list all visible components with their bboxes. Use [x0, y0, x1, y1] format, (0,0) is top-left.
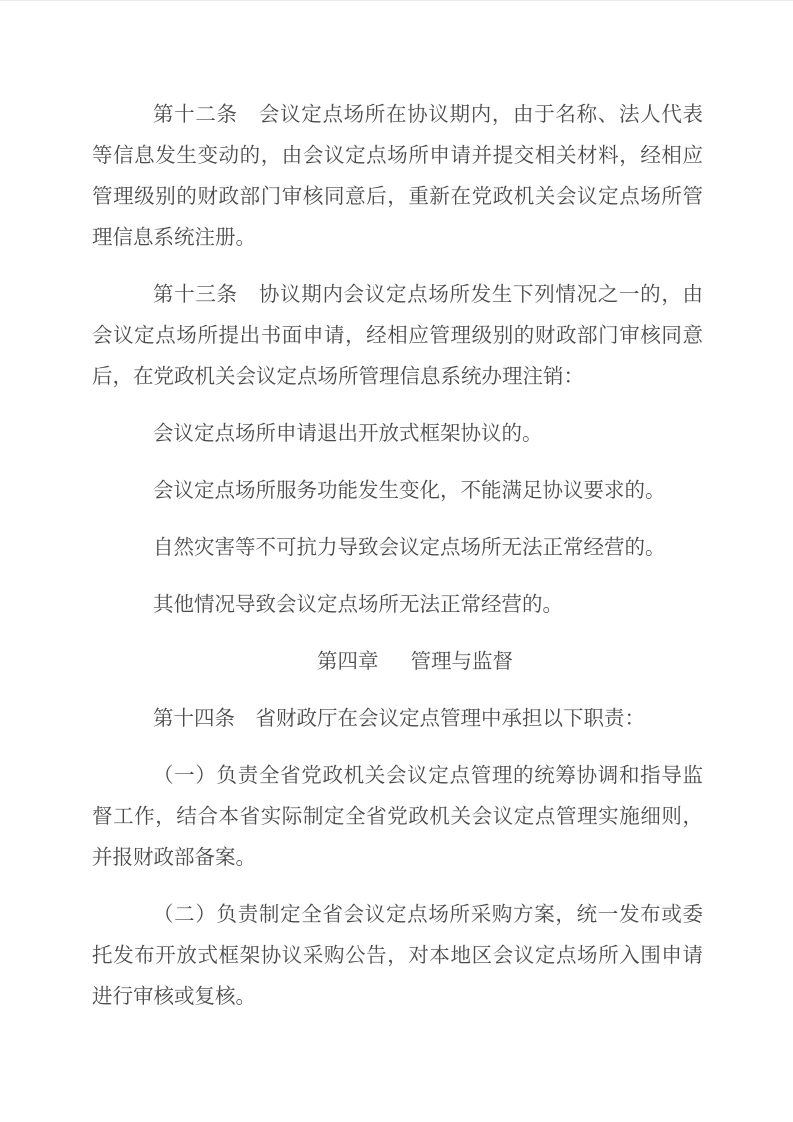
chapter-4-heading: 第四章管理与监督: [92, 641, 703, 682]
chapter-4-number: 第四章: [317, 650, 379, 673]
cancellation-condition-4: 其他情况导致会议定点场所无法正常经营的。: [92, 584, 703, 625]
duty-item-1: （一）负责全省党政机关会议定点管理的统筹协调和指导监督工作，结合本省实际制定全省…: [92, 755, 703, 878]
cancellation-condition-1: 会议定点场所申请退出开放式框架协议的。: [92, 413, 703, 454]
duty-item-2: （二）负责制定全省会议定点场所采购方案，统一发布或委托发布开放式框架协议采购公告…: [92, 894, 703, 1017]
paragraph-article-14: 第十四条 省财政厅在会议定点管理中承担以下职责：: [92, 698, 703, 739]
paragraph-article-13: 第十三条 协议期内会议定点场所发生下列情况之一的，由会议定点场所提出书面申请，经…: [92, 274, 703, 397]
paragraph-article-12: 第十二条 会议定点场所在协议期内，由于名称、法人代表等信息发生变动的，由会议定点…: [92, 94, 703, 258]
cancellation-condition-2: 会议定点场所服务功能发生变化，不能满足协议要求的。: [92, 470, 703, 511]
document-page: 第十二条 会议定点场所在协议期内，由于名称、法人代表等信息发生变动的，由会议定点…: [0, 0, 793, 1122]
cancellation-condition-3: 自然灾害等不可抗力导致会议定点场所无法正常经营的。: [92, 527, 703, 568]
chapter-4-title: 管理与监督: [411, 650, 514, 673]
